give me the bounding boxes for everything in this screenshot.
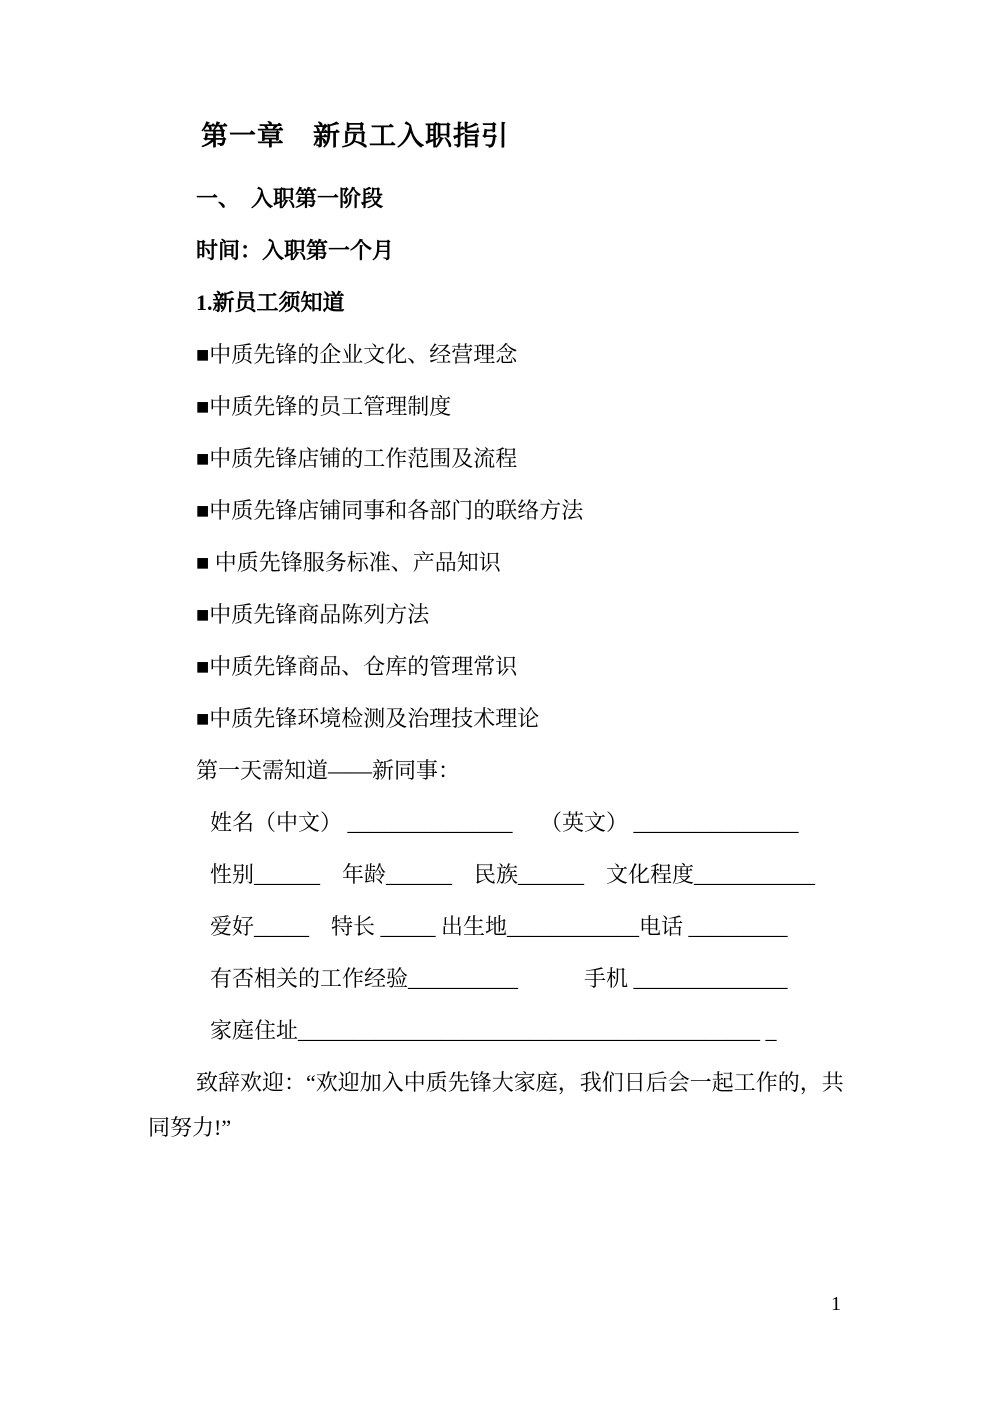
form-line-hobby-phone: 爱好_____ 特长 _____ 出生地____________电话 _____… (148, 904, 853, 949)
document-page: 第一章 新员工入职指引 一、 入职第一阶段 时间：入职第一个月 1.新员工须知道… (0, 0, 993, 1404)
form-line-gender-age: 性别______ 年龄______ 民族______ 文化程度_________… (148, 852, 853, 897)
bullet-item-contact-methods: ■中质先锋店铺同事和各部门的联络方法 (148, 488, 853, 533)
bullet-item-display-methods: ■中质先锋商品陈列方法 (148, 592, 853, 637)
section-heading-time: 时间：入职第一个月 (148, 228, 853, 273)
bullet-item-store-scope: ■中质先锋店铺的工作范围及流程 (148, 436, 853, 481)
form-line-experience-mobile: 有否相关的工作经验__________ 手机 ______________ (148, 956, 853, 1001)
section-heading-must-know: 1.新员工须知道 (148, 280, 853, 325)
welcome-speech-line-2: 同努力!” (148, 1105, 853, 1150)
first-day-intro-line: 第一天需知道——新同事： (148, 748, 853, 793)
bullet-item-warehouse-knowledge: ■中质先锋商品、仓库的管理常识 (148, 644, 853, 689)
welcome-speech-line-1: 致辞欢迎：“欢迎加入中质先锋大家庭，我们日后会一起工作的，共 (148, 1060, 853, 1105)
bullet-item-environment-tech: ■中质先锋环境检测及治理技术理论 (148, 696, 853, 741)
page-title: 第一章 新员工入职指引 (148, 116, 853, 156)
page-number: 1 (831, 1292, 841, 1316)
bullet-item-staff-management: ■中质先锋的员工管理制度 (148, 384, 853, 429)
form-line-home-address: 家庭住址____________________________________… (148, 1008, 853, 1053)
bullet-item-corporate-culture: ■中质先锋的企业文化、经营理念 (148, 332, 853, 377)
section-heading-stage: 一、 入职第一阶段 (148, 176, 853, 221)
form-line-name: 姓名（中文） _______________ （英文） ____________… (148, 800, 853, 845)
bullet-item-service-standards: ■ 中质先锋服务标准、产品知识 (148, 540, 853, 585)
